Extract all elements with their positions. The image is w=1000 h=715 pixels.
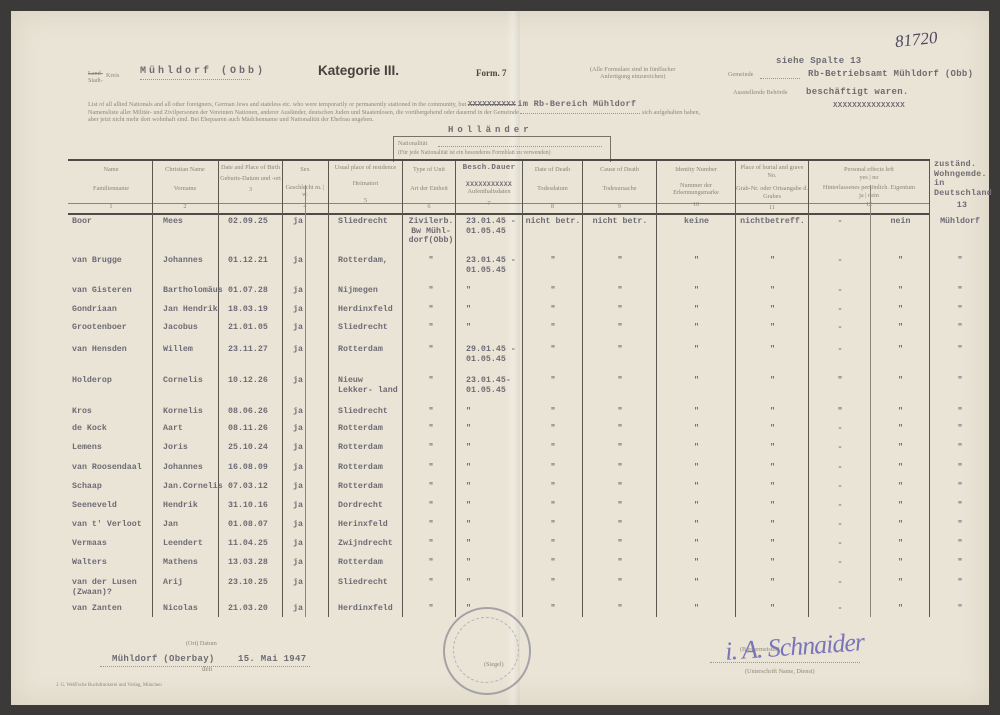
col-header-11-num: 11 — [736, 204, 808, 212]
col-header-5-en: Usual place of residence — [329, 164, 402, 172]
gemeinde-value: Rb-Betriebsamt Mühldorf (Obb) — [808, 69, 973, 79]
table-cell-first: Aart — [163, 424, 223, 434]
table-cell-death: " — [524, 501, 582, 511]
table-cell-residence: Rotterdam — [338, 482, 402, 492]
table-cell-sex: ja — [293, 323, 307, 333]
col-header-7-num: 7 — [456, 200, 522, 208]
table-cell-name: Boor — [72, 217, 152, 227]
col-header-9-en: Cause of Death — [583, 166, 656, 174]
table-cell-eff-yes: - — [810, 482, 870, 492]
col-header-1-num: 1 — [70, 203, 152, 211]
table-cell-sex: ja — [293, 539, 307, 549]
table-cell-eff-yes: - — [810, 520, 870, 530]
table-cell-unit: " — [405, 501, 457, 511]
col-header-8-num: 8 — [523, 203, 582, 211]
table-cell-sex: ja — [293, 558, 307, 568]
intro-line2-end: sich aufgehalten haben, — [642, 109, 700, 116]
table-cell-id: " — [658, 424, 735, 434]
table-cell-death: " — [524, 407, 582, 417]
table-cell-unit: " — [405, 345, 457, 355]
place-label: (Ort) Datum — [186, 640, 217, 647]
table-cell-cause: " — [584, 578, 656, 588]
date-value: 15. Mai 1947 — [238, 654, 306, 664]
col-header-13-num: 13 — [934, 201, 990, 211]
col-header-8-de: Todesdatum — [523, 185, 582, 193]
col-header-12-sub-en: yes | no — [809, 174, 929, 182]
table-cell-name: van Brugge — [72, 256, 152, 266]
col-header-10-num: 10 — [657, 201, 735, 209]
col-line-5 — [402, 161, 403, 617]
col-header-8-en: Date of Death — [523, 166, 582, 174]
table-cell-eff-no: " — [872, 558, 929, 568]
table-cell-burial: " — [737, 424, 808, 434]
table-cell-eff-yes: " — [810, 407, 870, 417]
table-cell-residence: Herinxfeld — [338, 520, 402, 530]
table-cell-death: " — [524, 520, 582, 530]
nationality-value: Holländer — [448, 125, 533, 135]
table-cell-burial: " — [737, 539, 808, 549]
table-cell-period: " — [466, 323, 522, 333]
table-cell-first: Bartholomäus — [163, 286, 223, 296]
table-cell-id: " — [658, 578, 735, 588]
table-cell-cause: " — [584, 305, 656, 315]
table-cell-death: " — [524, 376, 582, 386]
table-cell-town: " — [930, 539, 990, 549]
table-cell-cause: " — [584, 520, 656, 530]
employed-note: beschäftigt waren. — [806, 87, 909, 97]
table-cell-birth: 08.11.26 — [228, 424, 284, 434]
table-cell-id: " — [658, 286, 735, 296]
table-cell-birth: 01.12.21 — [228, 256, 284, 266]
table-cell-town: Mühldorf — [930, 217, 990, 227]
table-cell-residence: Sliedrecht — [338, 578, 402, 588]
table-cell-id: " — [658, 256, 735, 266]
nationality-line — [438, 146, 602, 147]
table-cell-first: Cornelis — [163, 376, 223, 386]
table-cell-death: " — [524, 539, 582, 549]
table-cell-residence: Rotterdam — [338, 443, 402, 453]
table-cell-cause: " — [584, 501, 656, 511]
table-cell-id: " — [658, 520, 735, 530]
table-top-rule — [68, 159, 930, 161]
table-cell-death: " — [524, 463, 582, 473]
table-cell-eff-no: " — [872, 443, 929, 453]
table-cell-sex: ja — [293, 578, 307, 588]
table-cell-eff-no: " — [872, 578, 929, 588]
table-cell-residence: Rotterdam, — [338, 256, 402, 266]
intro-line2: Namensliste aller Militär- und Zivilpers… — [88, 109, 978, 116]
table-cell-period: " — [466, 424, 522, 434]
table-cell-death: " — [524, 323, 582, 333]
col-line-10 — [735, 161, 736, 617]
table-cell-period: 23.01.45- 01.05.45 — [466, 376, 522, 395]
table-cell-residence: Nieuw Lekker- land — [338, 376, 402, 395]
col-line-4 — [328, 161, 329, 617]
table-cell-eff-no: " — [872, 463, 929, 473]
table-cell-period: " — [466, 520, 522, 530]
table-cell-period: 29.01.45 - 01.05.45 — [466, 345, 522, 364]
col-header-2-de: Vorname — [152, 185, 218, 193]
table-cell-eff-yes: " — [810, 376, 870, 386]
table-cell-death: " — [524, 424, 582, 434]
table-cell-eff-no: " — [872, 520, 929, 530]
table-cell-residence: Nijmegen — [338, 286, 402, 296]
table-cell-residence: Sliedrecht — [338, 217, 402, 227]
table-cell-period: " — [466, 463, 522, 473]
table-cell-sex: ja — [293, 482, 307, 492]
col-line-1 — [152, 161, 153, 617]
table-cell-period: " — [466, 443, 522, 453]
signature-label: (Unterschrift Name, Dienst) — [745, 668, 815, 675]
table-cell-sex: ja — [293, 217, 307, 227]
table-cell-period: " — [466, 407, 522, 417]
table-cell-burial: " — [737, 443, 808, 453]
table-cell-period: " — [466, 539, 522, 549]
place-line — [100, 666, 310, 667]
seal-inner — [453, 617, 519, 683]
table-cell-sex: ja — [293, 256, 307, 266]
official-seal — [443, 607, 531, 695]
col-header-6-de: Art der Einheit — [403, 185, 455, 193]
table-cell-sex: ja — [293, 424, 307, 434]
col-header-1-de: Familienname — [70, 185, 152, 193]
table-cell-town: " — [930, 305, 990, 315]
table-cell-cause: nicht betr. — [584, 217, 656, 227]
table-cell-name: Schaap — [72, 482, 152, 492]
col-header-5-num: 5 — [329, 197, 402, 205]
form-number: Form. 7 — [476, 68, 507, 78]
table-cell-name: van Hensden — [72, 345, 152, 355]
table-cell-first: Arij — [163, 578, 223, 588]
table-cell-town: " — [930, 482, 990, 492]
table-cell-town: " — [930, 376, 990, 386]
table-cell-burial: " — [737, 520, 808, 530]
table-cell-period: " — [466, 305, 522, 315]
table-cell-eff-yes: - — [810, 424, 870, 434]
table-cell-eff-yes: - — [810, 443, 870, 453]
col-header-4: Sex Geschlecht m. | w. 4 — [282, 166, 328, 210]
table-cell-residence: Rotterdam — [338, 558, 402, 568]
col-line-8 — [582, 161, 583, 617]
table-cell-residence: Herdinxfeld — [338, 305, 402, 315]
table-cell-burial: " — [737, 256, 808, 266]
col-header-9: Cause of Death Todesursache 9 — [583, 166, 656, 211]
col-header-12-sub-de: ja | nein — [809, 192, 929, 200]
table-cell-town: " — [930, 501, 990, 511]
table-cell-burial: nichtbetreff. — [737, 217, 808, 227]
table-cell-unit: " — [405, 539, 457, 549]
table-cell-birth: 23.11.27 — [228, 345, 284, 355]
table-cell-eff-no: " — [872, 256, 929, 266]
table-cell-eff-yes: - — [810, 323, 870, 333]
table-cell-cause: " — [584, 558, 656, 568]
col-header-2-en: Christian Name — [152, 166, 218, 174]
table-cell-first: Johannes — [163, 463, 223, 473]
table-cell-birth: 07.03.12 — [228, 482, 284, 492]
table-cell-eff-yes: - — [810, 539, 870, 549]
table-cell-id: " — [658, 305, 735, 315]
copies-note: (Alle Formulare sind in fünffacher Anfer… — [590, 66, 675, 80]
place-value: Mühldorf (Oberbay) — [112, 654, 215, 664]
table-cell-period: " — [466, 578, 522, 588]
col-header-4-num: 4 — [282, 203, 328, 211]
table-cell-death: " — [524, 305, 582, 315]
table-cell-eff-no: " — [872, 323, 929, 333]
table-cell-unit: " — [405, 520, 457, 530]
table-cell-birth: 23.10.25 — [228, 578, 284, 588]
table-cell-cause: " — [584, 256, 656, 266]
table-cell-town: " — [930, 463, 990, 473]
table-cell-death: " — [524, 558, 582, 568]
printer-note: J. G. Weiß'sche Buchdruckerei und Verlag… — [56, 683, 162, 688]
table-cell-id: " — [658, 604, 735, 614]
table-cell-unit: Zivilerb. Bw Mühl- dorf(Obb) — [405, 217, 457, 246]
table-cell-name: Lemens — [72, 443, 152, 453]
table-cell-name: Walters — [72, 558, 152, 568]
table-cell-unit: " — [405, 482, 457, 492]
table-cell-burial: " — [737, 376, 808, 386]
table-cell-id: " — [658, 539, 735, 549]
district-value: Mühldorf (Obb) — [140, 66, 266, 77]
table-cell-first: Jan Hendrik — [163, 305, 223, 315]
intro-line1-crossed: XXXXXXXXXX — [468, 101, 516, 109]
table-cell-id: " — [658, 482, 735, 492]
table-cell-birth: 21.01.05 — [228, 323, 284, 333]
table-cell-town: " — [930, 578, 990, 588]
table-cell-eff-no: " — [872, 482, 929, 492]
table-cell-unit: " — [405, 305, 457, 315]
table-cell-cause: " — [584, 407, 656, 417]
table-cell-first: Jan — [163, 520, 223, 530]
col-header-9-num: 9 — [583, 203, 656, 211]
table-cell-id: " — [658, 407, 735, 417]
table-cell-id: keine — [658, 217, 735, 227]
table-cell-eff-yes: - — [810, 558, 870, 568]
table-cell-name: Kros — [72, 407, 152, 417]
table-cell-period: 23.01.45 - 01.05.45 — [466, 256, 522, 275]
table-cell-burial: " — [737, 323, 808, 333]
table-cell-burial: " — [737, 345, 808, 355]
table-cell-birth: 16.08.09 — [228, 463, 284, 473]
col-header-3-num: 3 — [219, 186, 282, 194]
col-header-6-num: 6 — [403, 203, 455, 211]
table-cell-residence: Rotterdam — [338, 345, 402, 355]
table-cell-death: " — [524, 482, 582, 492]
table-cell-town: " — [930, 256, 990, 266]
table-cell-name: van Zanten — [72, 604, 152, 614]
table-cell-town: " — [930, 286, 990, 296]
table-cell-eff-no: " — [872, 501, 929, 511]
table-cell-residence: Rotterdam — [338, 463, 402, 473]
table-cell-period: " — [466, 286, 522, 296]
table-cell-period: 23.01.45 - 01.05.45 — [466, 217, 522, 236]
table-cell-id: " — [658, 443, 735, 453]
table-cell-unit: " — [405, 323, 457, 333]
table-cell-sex: ja — [293, 463, 307, 473]
col-header-12-en: Personal effects left — [809, 166, 929, 174]
intro-line2-blank — [520, 113, 640, 114]
table-cell-cause: " — [584, 443, 656, 453]
table-cell-sex: ja — [293, 501, 307, 511]
table-cell-burial: " — [737, 407, 808, 417]
table-cell-death: nicht betr. — [524, 217, 582, 227]
table-cell-sex: ja — [293, 443, 307, 453]
table-cell-cause: " — [584, 539, 656, 549]
table-cell-cause: " — [584, 424, 656, 434]
table-cell-eff-no: " — [872, 424, 929, 434]
table-cell-eff-yes: - — [810, 286, 870, 296]
col-header-3-de: Geburts-Datum und -ort — [219, 175, 282, 183]
table-cell-first: Joris — [163, 443, 223, 453]
table-cell-name: Grootenboer — [72, 323, 152, 333]
table-cell-birth: 13.03.28 — [228, 558, 284, 568]
table-cell-unit: " — [405, 256, 457, 266]
table-cell-birth: 11.04.25 — [228, 539, 284, 549]
copies-note-line2: Anfertigung einzureichen) — [590, 73, 675, 80]
table-cell-eff-no: " — [872, 407, 929, 417]
table-cell-town: " — [930, 323, 990, 333]
table-cell-birth: 01.08.07 — [228, 520, 284, 530]
table-cell-residence: Sliedrecht — [338, 323, 402, 333]
col-header-7-typed: Besch.Dauer — [456, 165, 522, 173]
table-cell-sex: ja — [293, 520, 307, 530]
col-header-10-en: Identity Number — [657, 166, 735, 174]
table-cell-id: " — [658, 323, 735, 333]
table-cell-eff-yes: - — [810, 217, 870, 227]
table-cell-birth: 31.10.16 — [228, 501, 284, 511]
table-cell-unit: " — [405, 463, 457, 473]
table-cell-sex: ja — [293, 376, 307, 386]
table-cell-eff-yes: - — [810, 501, 870, 511]
table-cell-eff-no: " — [872, 286, 929, 296]
copies-note-line1: (Alle Formulare sind in fünffacher — [590, 66, 675, 73]
authority-label: Ausstellende Behörde — [733, 89, 787, 96]
col-header-6-en: Type of Unit — [403, 166, 455, 174]
col-header-11-en: Place of burial and grave No. — [736, 164, 808, 179]
table-cell-death: " — [524, 604, 582, 614]
table-cell-unit: " — [405, 376, 457, 386]
table-cell-eff-yes: - — [810, 256, 870, 266]
table-cell-first: Mees — [163, 217, 223, 227]
table-cell-period: " — [466, 482, 522, 492]
gemeinde-label: Gemeinde — [728, 71, 753, 78]
col-line-11 — [808, 161, 809, 617]
gemeinde-top-note: siehe Spalte 13 — [776, 56, 862, 66]
table-cell-town: " — [930, 407, 990, 417]
table-cell-town: " — [930, 520, 990, 530]
col-header-12: Personal effects left yes | no Hinterlas… — [809, 166, 929, 209]
table-cell-sex: ja — [293, 345, 307, 355]
table-cell-birth: 01.07.28 — [228, 286, 284, 296]
col-header-4-de: Geschlecht m. | w. — [282, 184, 328, 199]
table-cell-birth: 21.03.20 — [228, 604, 284, 614]
col-header-13: zuständ. Wohngemde. in Deutschland 13 — [934, 160, 990, 211]
label-kreis: Kreis — [106, 72, 119, 79]
gemeinde-line — [760, 78, 800, 79]
table-cell-cause: " — [584, 463, 656, 473]
col-line-12a — [870, 185, 871, 617]
table-cell-cause: " — [584, 376, 656, 386]
table-cell-residence: Sliedrecht — [338, 407, 402, 417]
table-cell-eff-no: " — [872, 539, 929, 549]
table-cell-eff-no: " — [872, 604, 929, 614]
table-cell-first: Willem — [163, 345, 223, 355]
col-header-2: Christian Name Vorname 2 — [152, 166, 218, 211]
table-cell-residence: Zwijndrecht — [338, 539, 402, 549]
table-cell-birth: 25.10.24 — [228, 443, 284, 453]
table-cell-death: " — [524, 256, 582, 266]
signature-line — [710, 662, 860, 663]
table-cell-name: Seeneveld — [72, 501, 152, 511]
table-cell-unit: " — [405, 578, 457, 588]
table-cell-death: " — [524, 578, 582, 588]
table-cell-birth: 02.09.25 — [228, 217, 284, 227]
table-cell-town: " — [930, 443, 990, 453]
table-cell-burial: " — [737, 286, 808, 296]
table-cell-id: " — [658, 463, 735, 473]
table-cell-name: de Kock — [72, 424, 152, 434]
table-cell-birth: 08.06.26 — [228, 407, 284, 417]
table-header-rule — [68, 213, 930, 215]
table-cell-name: Holderop — [72, 376, 152, 386]
col-header-5: Usual place of residence Heimatort 5 — [329, 164, 402, 205]
col-header-11-de: Grab-Nr. oder Ortsangabe d. Grabes — [736, 185, 808, 200]
intro-text: List of all allied Nationals and all oth… — [88, 101, 978, 123]
col-line-4a — [305, 185, 306, 617]
table-cell-first: Kornelis — [163, 407, 223, 417]
table-cell-period: " — [466, 558, 522, 568]
table-cell-cause: " — [584, 482, 656, 492]
table-cell-name: Gondriaan — [72, 305, 152, 315]
intro-line1: List of all allied Nationals and all oth… — [88, 101, 978, 109]
table-cell-name: van Gisteren — [72, 286, 152, 296]
table-cell-first: Hendrik — [163, 501, 223, 511]
col-line-12 — [929, 161, 930, 617]
table-cell-burial: " — [737, 482, 808, 492]
intro-line3: aber jetzt nicht mehr dort wohnhaft sind… — [88, 116, 978, 123]
table-cell-burial: " — [737, 558, 808, 568]
col-header-4-en: Sex — [282, 166, 328, 174]
table-cell-residence: Herdinxfeld — [338, 604, 402, 614]
table-cell-first: Leendert — [163, 539, 223, 549]
table-cell-eff-yes: - — [810, 578, 870, 588]
col-header-3-en: Date and Place of Birth — [219, 164, 282, 172]
table-cell-unit: " — [405, 407, 457, 417]
table-cell-sex: ja — [293, 604, 307, 614]
table-cell-period: " — [466, 501, 522, 511]
table-cell-first: Nicolas — [163, 604, 223, 614]
table-cell-burial: " — [737, 501, 808, 511]
intro-line1-x: XXXXXXXXXXXXXXX — [833, 103, 905, 110]
col-header-7: Besch.Dauer XXXXXXXXXXX Aufenthaltsdaten… — [456, 165, 522, 207]
col-line-3 — [282, 161, 283, 617]
table-cell-unit: " — [405, 424, 457, 434]
col-header-13-typed: zuständ. Wohngemde. in Deutschland — [934, 160, 990, 198]
table-cell-residence: Rotterdam — [338, 424, 402, 434]
table-cell-id: " — [658, 345, 735, 355]
col-line-9 — [656, 161, 657, 617]
table-cell-first: Mathens — [163, 558, 223, 568]
col-header-8: Date of Death Todesdatum 8 — [523, 166, 582, 211]
table-cell-sex: ja — [293, 286, 307, 296]
col-header-2-num: 2 — [152, 203, 218, 211]
col-header-6: Type of Unit Art der Einheit 6 — [403, 166, 455, 211]
table-cell-burial: " — [737, 604, 808, 614]
district-line — [140, 79, 250, 80]
col-header-11: Place of burial and grave No. Grab-Nr. o… — [736, 164, 808, 212]
table-cell-town: " — [930, 424, 990, 434]
table-cell-first: Jan.Cornelis — [163, 482, 223, 492]
